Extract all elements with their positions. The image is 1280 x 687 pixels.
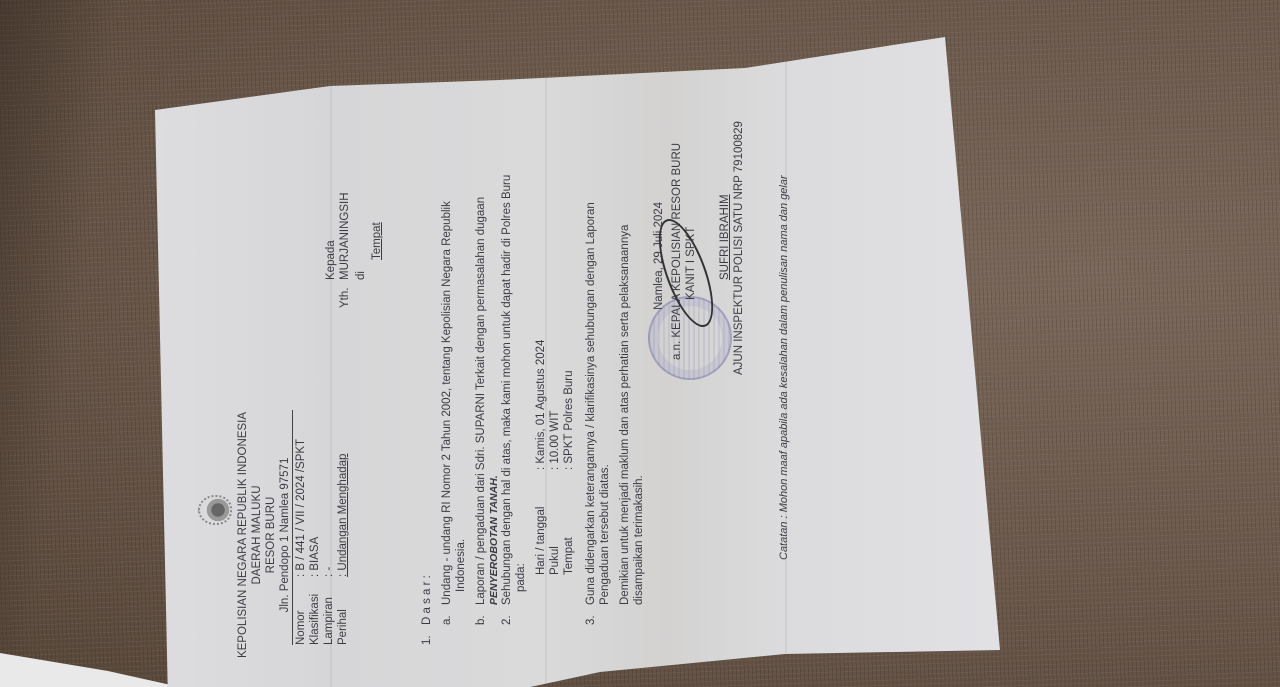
signatory-name: SUFRI IBRAHIM [718,194,732,280]
schedule-value: : 10.00 WIT [548,411,562,470]
recipient-tempat: Tempat [370,222,384,260]
meta-label: Lampiran [322,597,336,645]
para-text: Sehubungan dengan hal di atas, maka kami… [500,175,514,605]
header-divider [292,410,293,645]
police-emblem-icon [198,495,232,525]
schedule-label: Tempat [562,537,576,575]
meta-value: : BIASA [308,537,322,577]
meta-label: Perihal [336,609,350,645]
meta-label: Klasifikasi [308,594,322,645]
meta-label: Nomor [294,610,308,645]
closing-text: Demikian untuk menjadi maklum dan atas p… [618,225,632,605]
sub-letter: a. [440,615,454,625]
recipient-yth: Yth. [338,288,352,308]
para-text: Indonesia. [454,539,468,592]
header-address: Jln. Pendopo 1 Namlea 97571 [278,410,292,660]
closing-text: disampaikan terimakasih. [632,475,646,605]
header-resort: RESOR BURU [264,410,278,660]
header-region: DAERAH MALUKU [250,410,264,660]
letter-content: KEPOLISIAN NEGARA REPUBLIK INDONESIA DAE… [178,120,798,660]
meta-value: : B / 441 / VII / 2024 /SPKT [294,439,308,577]
para-text: pada: [514,563,528,592]
recipient-name: MURJANINGSIH [338,192,352,280]
para-text: Undang - undang RI Nomor 2 Tahun 2002, t… [440,201,454,605]
meta-value-subject: : Undangan Menghadap [336,454,350,577]
recipient-di: di [354,271,368,280]
signatory-rank-nrp: AJUN INSPEKTUR POLISI SATU NRP 79100829 [732,121,746,375]
schedule-label: Pukul [548,546,562,575]
recipient-kepada: Kepada [324,240,338,280]
para-number: 2. [500,615,514,625]
schedule-value: : SPKT Polres Buru [562,371,576,471]
para-text: Guna didengarkan keterangannya / klarifi… [584,202,598,605]
footer-note: Catatan : Mohon maaf apabila ada kesalah… [778,175,792,560]
meta-value: : - [322,567,336,577]
para-title: D a s a r : [420,575,434,625]
para-number: 3. [584,615,598,625]
schedule-value: : Kamis, 01 Agustus 2024 [534,340,548,470]
sub-letter: b. [474,615,488,625]
header-institution: KEPOLISIAN NEGARA REPUBLIK INDONESIA [236,410,250,660]
para-number: 1. [420,635,434,645]
para-text: Laporan / pengaduan dari Sdri. SUPARNI T… [474,197,488,605]
schedule-label: Hari / tanggal [534,507,548,575]
para-text: Pengaduan tersebut diatas. [598,464,612,605]
